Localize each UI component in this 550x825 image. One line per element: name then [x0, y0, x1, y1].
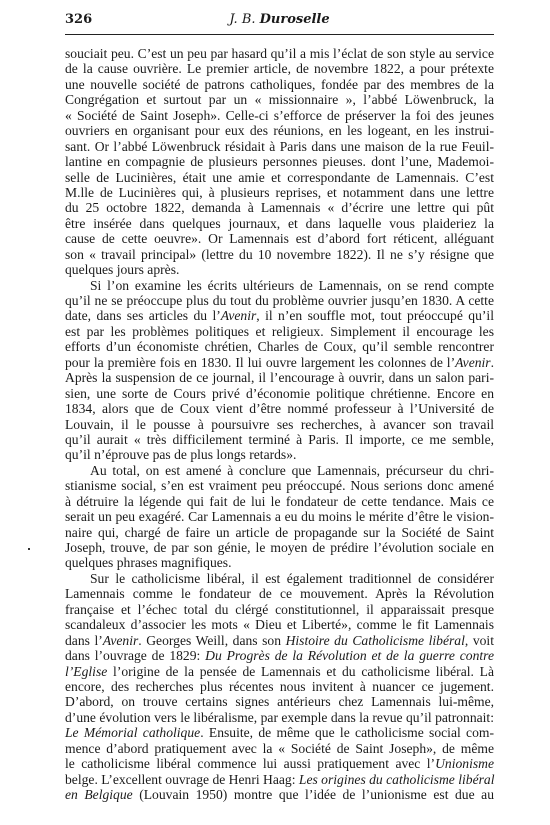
text-line: dans l’ouvrage de 1829: Du Progrès de la…: [65, 648, 494, 663]
text-line: qu’il aurait « très difficilement termin…: [65, 432, 494, 447]
text-line: lantine en compagnie de plusieurs person…: [65, 154, 494, 169]
text-line: stianisme social, s’en est vraiment peu …: [65, 478, 494, 493]
text-line: ouvriers en organisant pour eux des réun…: [65, 123, 494, 138]
text-line: d’une évolution vers le libéralisme, par…: [65, 710, 494, 725]
text-line: scandaleux d’associer les mots « Dieu et…: [65, 617, 494, 632]
text-line: 1834, alors que de Coux vient d’être nom…: [65, 401, 494, 416]
body-text: souciait peu. C’est un peu par hasard qu…: [65, 46, 494, 802]
text-line: Après la suspension de ce journal, il l’…: [65, 370, 494, 385]
text-line: Joseph, trouve, de par son génie, le moy…: [65, 540, 494, 555]
text-line: naire qui, chargé de faire un article de…: [65, 525, 494, 540]
text-line: selle de Lucinières, était une amie et c…: [65, 170, 494, 185]
text-line: en Belgique (Louvain 1950) montre que l’…: [65, 787, 494, 802]
text-line: française et l’échec total du clérgé con…: [65, 602, 494, 617]
page-header: 326 J. B. Duroselle: [65, 10, 494, 32]
text-line: belge. L’excellent ouvrage de Henri Haag…: [65, 772, 494, 787]
text-line: est par les problèmes politiques et reli…: [65, 324, 494, 339]
text-line: quelques phrases magnifiques.: [65, 555, 494, 570]
text-line: Le Mémorial catholique. Ensuite, de même…: [65, 725, 494, 740]
text-line: serait un peu exagéré. Car Lamennais a e…: [65, 509, 494, 524]
text-line: quelques jours après.: [65, 262, 494, 277]
author-initials: J. B.: [229, 12, 255, 27]
running-head: J. B. Duroselle: [65, 12, 494, 27]
text-line: date, dans ses articles du l’Avenir, il …: [65, 308, 494, 323]
text-line: le catholicisme libéral commence lui aus…: [65, 756, 494, 771]
text-line: encore, des recherches plus récentes nou…: [65, 679, 494, 694]
text-line: mence d’abord pratiquement avec la « Soc…: [65, 741, 494, 756]
text-line: M.lle de Lucinières qui, à plusieurs rep…: [65, 185, 494, 200]
text-line: Sur le catholicisme libéral, il est égal…: [65, 571, 494, 586]
text-line: « Société de Saint Joseph». Celle-ci s’e…: [65, 108, 494, 123]
text-line: Louvain, il le pousse à poursuivre ses r…: [65, 417, 494, 432]
text-line: efforts d’un économiste chrétien, Charle…: [65, 339, 494, 354]
text-line: cause de cette oeuvre». Or Lamennais est…: [65, 231, 494, 246]
text-line: D’abord, on trouve certains signes antér…: [65, 694, 494, 709]
text-line: une nouvelle société de patrons catholiq…: [65, 77, 494, 92]
text-line: du 25 octobre 1822, demanda à Lamennais …: [65, 200, 494, 215]
header-rule: [65, 34, 494, 35]
text-line: Si l’on examine les écrits ultérieurs de…: [65, 278, 494, 293]
text-line: Congrégation et surtout par un « mission…: [65, 92, 494, 107]
text-line: Au total, on est amené à conclure que La…: [65, 463, 494, 478]
text-line: qu’il ne se préoccupe plus du tout du pr…: [65, 293, 494, 308]
text-line: à détruire la légende qui fait de lui le…: [65, 494, 494, 509]
text-line: dans l’Avenir. Georges Weill, dans son H…: [65, 633, 494, 648]
text-line: l’Eglise l’origine de la pensée de Lamen…: [65, 664, 494, 679]
author-name: Duroselle: [260, 12, 330, 27]
text-line: pour la première fois en 1830. Il lui ou…: [65, 355, 494, 370]
text-line: souciait peu. C’est un peu par hasard qu…: [65, 46, 494, 61]
text-line: son « travail principal» (lettre du 10 n…: [65, 247, 494, 262]
text-line: sant. Or l’abbé Löwenbruck résidait à Pa…: [65, 139, 494, 154]
text-line: être insérée dans quelques journaux, et …: [65, 216, 494, 231]
margin-speck: [28, 548, 30, 550]
text-line: Lamennais comme le fondateur de ce mouve…: [65, 586, 494, 601]
text-line: de la cause ouvrière. Le premier article…: [65, 61, 494, 76]
text-line: qu’il n’éprouve pas de plus longs retard…: [65, 447, 494, 462]
document-page: 326 J. B. Duroselle souciait peu. C’est …: [65, 10, 494, 802]
text-line: sien, une sorte de Cours privé d’économi…: [65, 386, 494, 401]
